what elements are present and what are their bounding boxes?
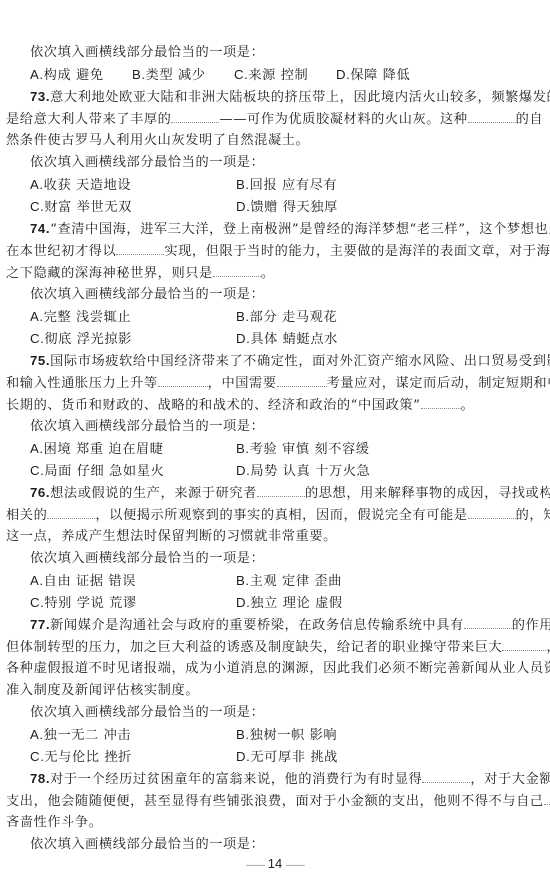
footer-dash-right: —— xyxy=(286,860,304,871)
q72-option-c: C.来源 控制 xyxy=(234,66,308,85)
blank-line xyxy=(468,110,516,123)
q76-option-a: A.自由 证据 错误 xyxy=(30,572,136,591)
blank-line xyxy=(464,616,512,629)
blank-line xyxy=(116,242,164,255)
q72-option-b: B.类型 减少 xyxy=(132,66,206,85)
blank-line xyxy=(257,484,305,497)
q74-option-b: B.部分 走马观花 xyxy=(236,308,337,327)
q75-option-a: A.困境 郑重 迫在眉睫 xyxy=(30,440,164,459)
q77-option-d: D.无可厚非 挑战 xyxy=(236,748,338,767)
exam-page: 依次填入画横线部分最恰当的一项是： A.构成 避免 B.类型 减少 C.来源 控… xyxy=(0,0,550,873)
q77-option-a: A.独一无二 冲击 xyxy=(30,726,131,745)
q77-option-c: C.无与伦比 挫折 xyxy=(30,748,132,767)
blank-line xyxy=(213,264,261,277)
q78-stem-line-1: 78.对于一个经历过贫困童年的富翁来说，他的消费行为有时显得，对于大金额的 xyxy=(30,770,550,788)
q77-stem-line-1: 77.新闻媒介是沟通社会与政府的重要桥梁，在政务信息传输系统中具有的作用， xyxy=(30,616,550,634)
q75-stem-line-1: 75.国际市场疲软给中国经济带来了不确定性，面对外汇资产缩水风险、出口贸易受到影… xyxy=(30,352,550,370)
q76-option-d: D.独立 理论 虚假 xyxy=(236,594,343,613)
blank-line xyxy=(502,638,546,651)
q76-option-c: C.特别 学说 荒谬 xyxy=(30,594,137,613)
q72-option-d: D.保障 降低 xyxy=(336,66,410,85)
q74-option-a: A.完整 浅尝辄止 xyxy=(30,308,131,327)
q75-option-c: C.局面 仔细 急如星火 xyxy=(30,462,164,481)
q73-stem-line-1: 73.意大利地处欧亚大陆和非洲大陆板块的挤压带上，因此境内活火山较多，频繁爆发的… xyxy=(30,88,550,106)
q74-stem-line-2: 在本世纪初才得以实现，但限于当时的能力，主要做的是海洋的表面文章，对于海面 xyxy=(6,242,544,260)
q78-prompt: 依次填入画横线部分最恰当的一项是： xyxy=(30,836,550,854)
q77-option-b: B.独树一帜 影响 xyxy=(236,726,337,745)
q73-option-c: C.财富 举世无双 xyxy=(30,198,132,217)
q78-stem-line-3: 吝啬性作斗争。 xyxy=(6,814,544,832)
q72-option-a: A.构成 避免 xyxy=(30,66,104,85)
q75-prompt: 依次填入画横线部分最恰当的一项是： xyxy=(30,418,550,436)
q73-option-b: B.回报 应有尽有 xyxy=(236,176,337,195)
blank-line xyxy=(47,506,95,519)
footer-dash-left: —— xyxy=(246,860,264,871)
q73-option-d: D.馈赠 得天独厚 xyxy=(236,198,338,217)
q77-stem-line-4: 准入制度及新闻评估核实制度。 xyxy=(6,682,544,700)
q74-stem-line-1: 74.“查清中国海，进军三大洋，登上南极洲”是曾经的海洋梦想“老三样”，这个梦想… xyxy=(30,220,550,238)
q73-prompt: 依次填入画横线部分最恰当的一项是： xyxy=(30,154,550,172)
q72-prompt: 依次填入画横线部分最恰当的一项是： xyxy=(30,44,550,62)
blank-line xyxy=(468,506,516,519)
q75-option-d: D.局势 认真 十万火急 xyxy=(236,462,370,481)
q73-option-a: A.收获 天造地设 xyxy=(30,176,131,195)
page-footer: —— 14 —— xyxy=(0,856,550,871)
q76-stem-line-1: 76.想法或假说的生产，来源于研究者的思想，用来解释事物的成因，寻找或构造 xyxy=(30,484,550,502)
q75-stem-line-3: 长期的、货币和财政的、战略的和战术的、经济和政治的“中国政策”。 xyxy=(6,396,544,414)
q77-stem-line-2: 但体制转型的压力，加之巨大利益的诱惑及制度缺失，给记者的职业操守带来巨大， xyxy=(6,638,544,656)
q74-option-d: D.具体 蜻蜓点水 xyxy=(236,330,338,349)
q78-stem-line-2: 支出，他会随随便便，甚至显得有些铺张浪费，面对于小金额的支出，他则不得不与自己的 xyxy=(6,792,544,810)
page-number: 14 xyxy=(268,856,282,871)
blank-line xyxy=(544,792,550,805)
q74-prompt: 依次填入画横线部分最恰当的一项是： xyxy=(30,286,550,304)
q77-stem-line-3: 各种虚假报道不时见诸报端，成为小道消息的渊源，因此我们必须不断完善新闻从业人员资… xyxy=(6,660,544,678)
blank-line xyxy=(422,770,470,783)
q77-prompt: 依次填入画横线部分最恰当的一项是： xyxy=(30,704,550,722)
q76-stem-line-3: 这一点，养成产生想法时保留判断的习惯就非常重要。 xyxy=(6,528,544,546)
blank-line xyxy=(421,396,461,409)
q73-stem-line-3: 然条件使古罗马人利用火山灰发明了自然混凝土。 xyxy=(6,132,544,150)
q76-stem-line-2: 相关的，以便揭示所观察到的事实的真相，因而，假说完全有可能是的，知道 xyxy=(6,506,544,524)
q73-stem-line-2: 是给意大利人带来了丰厚的——可作为优质胶凝材料的火山灰。这种的自 xyxy=(6,110,544,128)
blank-line xyxy=(277,374,327,387)
q74-option-c: C.彻底 浮光掠影 xyxy=(30,330,132,349)
q74-stem-line-3: 之下隐藏的深海神秘世界，则只是。 xyxy=(6,264,544,282)
blank-line xyxy=(171,110,219,123)
q76-prompt: 依次填入画横线部分最恰当的一项是： xyxy=(30,550,550,568)
q76-option-b: B.主观 定律 歪曲 xyxy=(236,572,342,591)
blank-line xyxy=(158,374,208,387)
q75-stem-line-2: 和输入性通胀压力上升等，中国需要考量应对，谋定而后动，制定短期和中 xyxy=(6,374,544,392)
q75-option-b: B.考验 审慎 刻不容缓 xyxy=(236,440,370,459)
